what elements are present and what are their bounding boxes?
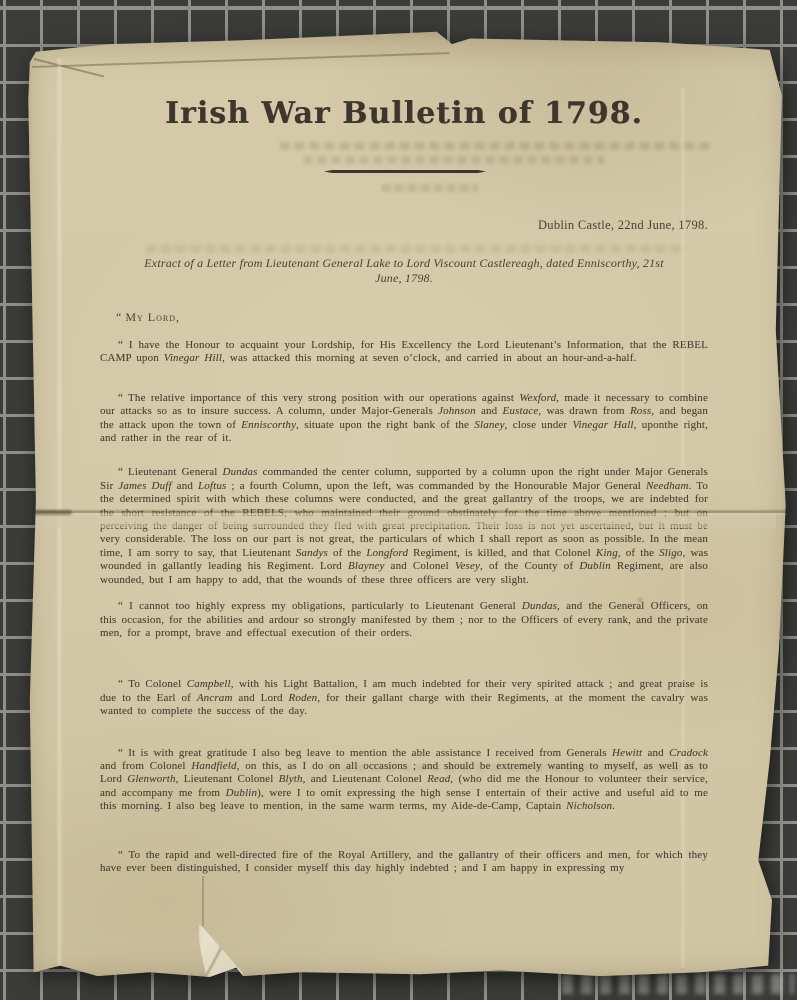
letter-paragraph: “ The relative importance of this very s… xyxy=(100,392,708,446)
horizontal-fold-crease xyxy=(26,509,788,515)
dateline: Dublin Castle, 22nd June, 1798. xyxy=(100,218,708,233)
crease-faded-text-band xyxy=(36,514,776,528)
document-title: Irish War Bulletin of 1798. xyxy=(100,96,708,131)
letter-body: “ I have the Honour to acquaint your Lor… xyxy=(100,339,708,875)
letter-paragraph: “ I cannot too highly express my obligat… xyxy=(100,600,708,640)
letter-paragraph: “ It is with great gratitude I also beg … xyxy=(100,747,708,814)
salutation: “ My Lord, xyxy=(116,310,180,325)
document-page: Irish War Bulletin of 1798. Dublin Castl… xyxy=(26,28,788,978)
photo-backdrop-grid: { "page": { "backdrop_square_color": "#3… xyxy=(0,0,797,1000)
letter-paragraph: “ To Colonel Campbell, with his Light Ba… xyxy=(100,678,708,718)
letter-paragraph: “ I have the Honour to acquaint your Lor… xyxy=(100,339,708,366)
crease-dark-segment xyxy=(30,510,72,515)
corner-fold-crease xyxy=(202,876,204,926)
letter-paragraph: “ To the rapid and well-directed fire of… xyxy=(100,849,708,876)
paper-sheet: Irish War Bulletin of 1798. Dublin Castl… xyxy=(26,28,788,978)
letter-heading: Extract of a Letter from Lieutenant Gene… xyxy=(100,256,708,286)
